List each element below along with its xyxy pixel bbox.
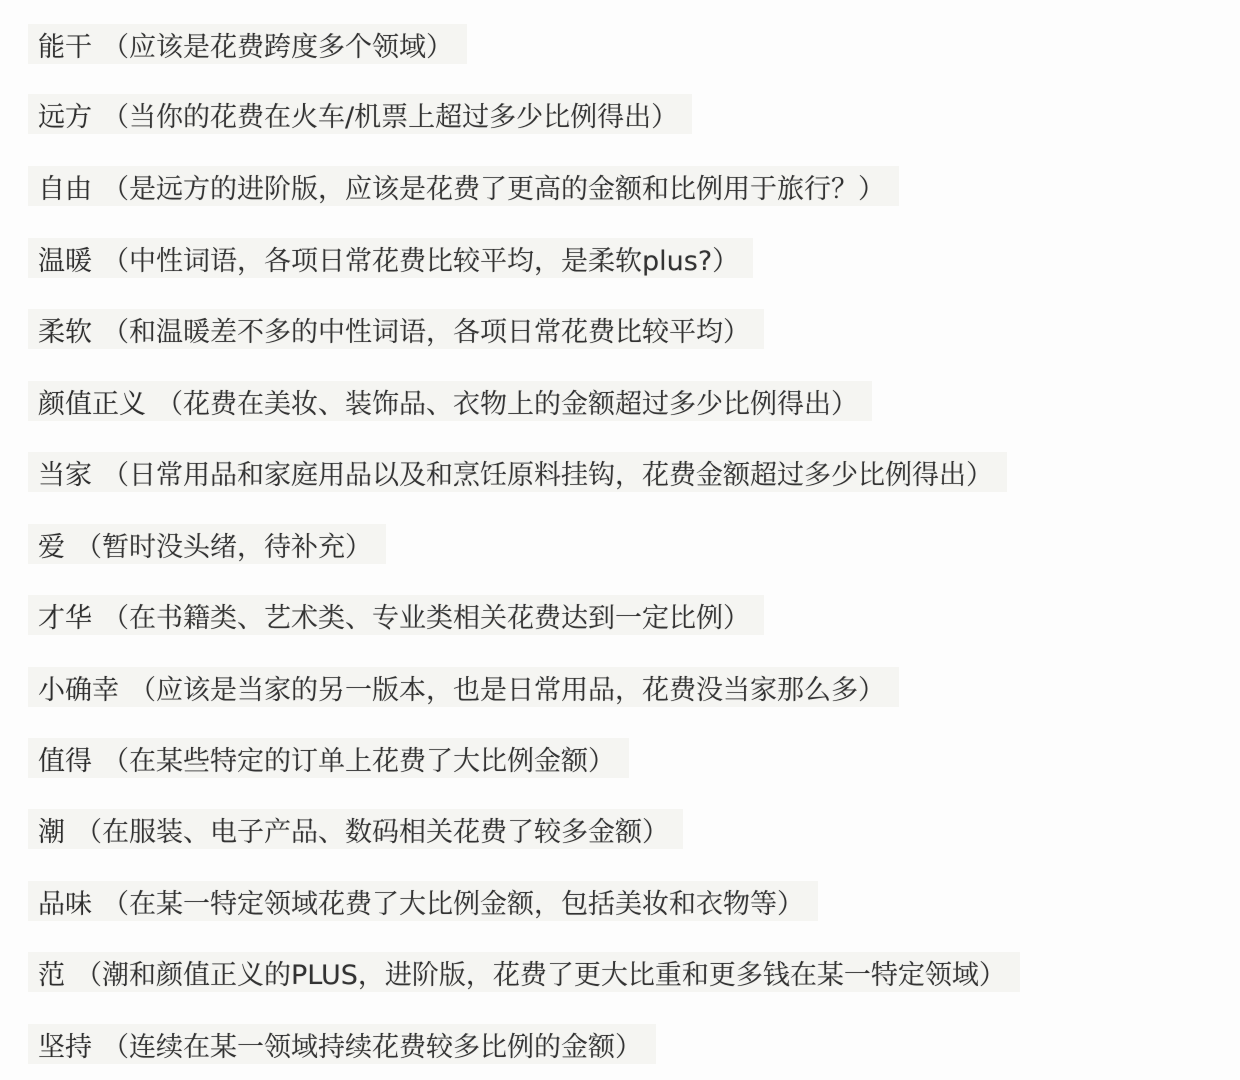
entry-description: （在书籍类、艺术类、专业类相关花费达到一定比例） <box>102 596 750 635</box>
entry-term: 才华 <box>38 596 92 635</box>
list-item: 品味 （在某一特定领域花费了大比例金额，包括美妆和衣物等） <box>38 879 804 923</box>
entry-term: 值得 <box>38 739 92 778</box>
entry-description: （花费在美妆、装饰品、衣物上的金额超过多少比例得出） <box>156 382 858 421</box>
entry-description: （中性词语，各项日常花费比较平均，是柔软plus?） <box>102 239 739 278</box>
entry-term: 范 <box>38 953 65 992</box>
entry-description: （应该是当家的另一版本，也是日常用品，花费没当家那么多） <box>129 668 885 707</box>
entry-description: （潮和颜值正义的PLUS，进阶版，花费了更大比重和更多钱在某一特定领域） <box>75 953 1006 992</box>
list-item: 远方 （当你的花费在火车/机票上超过多少比例得出） <box>38 92 678 136</box>
entry-description: （连续在某一领域持续花费较多比例的金额） <box>102 1025 642 1064</box>
entry-term: 柔软 <box>38 310 92 349</box>
entry-term: 小确幸 <box>38 668 119 707</box>
entry-term: 温暖 <box>38 239 92 278</box>
entry-description: （在服装、电子产品、数码相关花费了较多金额） <box>75 810 669 849</box>
entry-term: 自由 <box>38 167 92 206</box>
entry-term: 爱 <box>38 525 65 564</box>
entry-description: （日常用品和家庭用品以及和烹饪原料挂钩，花费金额超过多少比例得出） <box>102 453 993 492</box>
entry-description: （暂时没头绪，待补充） <box>75 525 372 564</box>
entry-term: 颜值正义 <box>38 382 146 421</box>
list-item: 范 （潮和颜值正义的PLUS，进阶版，花费了更大比重和更多钱在某一特定领域） <box>38 950 1006 994</box>
entry-term: 远方 <box>38 95 92 134</box>
list-item: 才华 （在书籍类、艺术类、专业类相关花费达到一定比例） <box>38 593 750 637</box>
entry-term: 品味 <box>38 882 92 921</box>
list-item: 温暖 （中性词语，各项日常花费比较平均，是柔软plus?） <box>38 236 739 280</box>
entry-description: （当你的花费在火车/机票上超过多少比例得出） <box>102 95 678 134</box>
entry-description: （是远方的进阶版，应该是花费了更高的金额和比例用于旅行？） <box>102 167 885 206</box>
list-item: 柔软 （和温暖差不多的中性词语，各项日常花费比较平均） <box>38 307 750 351</box>
list-item: 自由 （是远方的进阶版，应该是花费了更高的金额和比例用于旅行？） <box>38 164 885 208</box>
entry-term: 当家 <box>38 453 92 492</box>
list-item: 爱 （暂时没头绪，待补充） <box>38 522 372 566</box>
entry-term: 坚持 <box>38 1025 92 1064</box>
document-page: 能干 （应该是花费跨度多个领域） 远方 （当你的花费在火车/机票上超过多少比例得… <box>0 0 1240 1080</box>
list-item: 颜值正义 （花费在美妆、装饰品、衣物上的金额超过多少比例得出） <box>38 379 858 423</box>
entry-description: （和温暖差不多的中性词语，各项日常花费比较平均） <box>102 310 750 349</box>
entry-term: 潮 <box>38 810 65 849</box>
entry-description: （在某些特定的订单上花费了大比例金额） <box>102 739 615 778</box>
list-item: 小确幸 （应该是当家的另一版本，也是日常用品，花费没当家那么多） <box>38 665 885 709</box>
list-item: 潮 （在服装、电子产品、数码相关花费了较多金额） <box>38 807 669 851</box>
list-item: 当家 （日常用品和家庭用品以及和烹饪原料挂钩，花费金额超过多少比例得出） <box>38 450 993 494</box>
entry-description: （在某一特定领域花费了大比例金额，包括美妆和衣物等） <box>102 882 804 921</box>
list-item: 能干 （应该是花费跨度多个领域） <box>38 22 453 66</box>
entry-term: 能干 <box>38 25 92 64</box>
list-item: 值得 （在某些特定的订单上花费了大比例金额） <box>38 736 615 780</box>
list-item: 坚持 （连续在某一领域持续花费较多比例的金额） <box>38 1022 642 1066</box>
entry-description: （应该是花费跨度多个领域） <box>102 25 453 64</box>
